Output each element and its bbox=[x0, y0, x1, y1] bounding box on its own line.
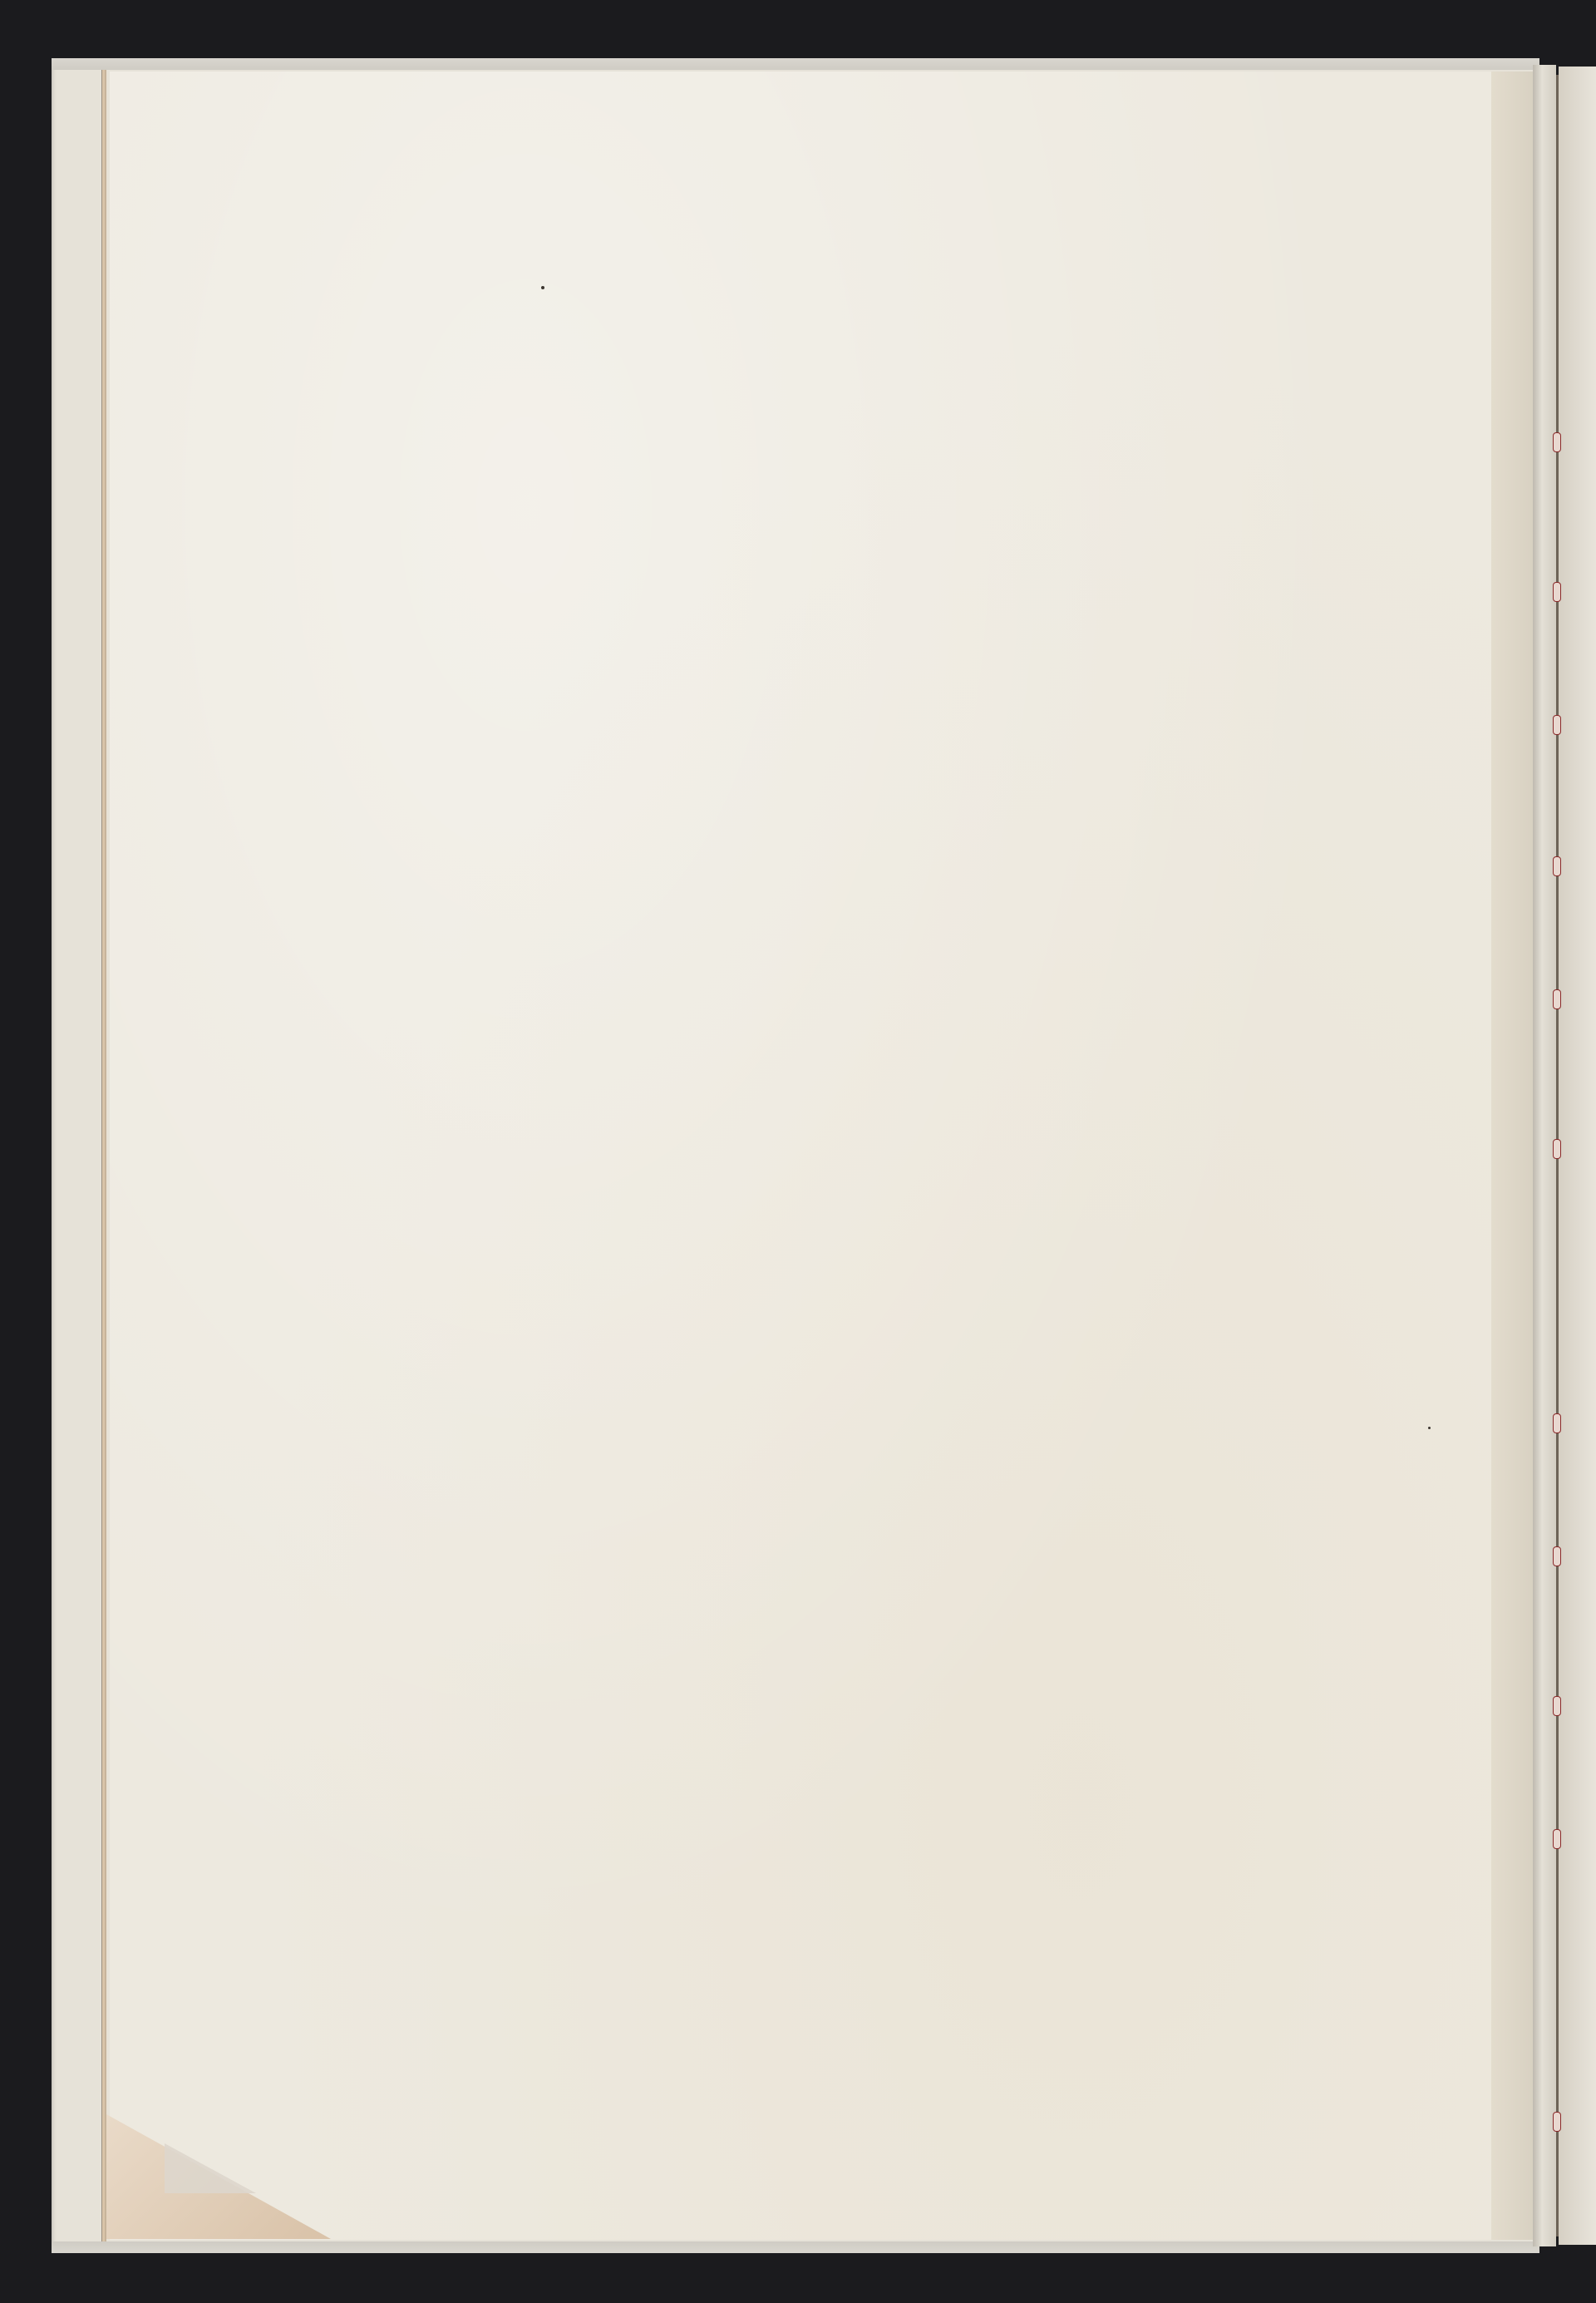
binding-stitch bbox=[1553, 1546, 1561, 1566]
blank-page bbox=[110, 72, 1496, 2240]
cover-bottom-edge bbox=[52, 2241, 1539, 2253]
binding-stitch bbox=[1553, 1413, 1561, 1433]
binding-stitch bbox=[1553, 582, 1561, 602]
binding-stitch bbox=[1553, 1829, 1561, 1849]
binding-stitch bbox=[1553, 1696, 1561, 1716]
binding-stitch bbox=[1553, 2112, 1561, 2132]
facing-page-edge bbox=[1559, 67, 1596, 2245]
paper-speck bbox=[541, 286, 544, 289]
cover-top-edge bbox=[52, 58, 1539, 70]
paper-speck bbox=[1428, 1427, 1431, 1429]
page-gutter bbox=[1491, 72, 1533, 2240]
binding-stitch bbox=[1553, 1139, 1561, 1159]
page-edge-stack bbox=[101, 70, 108, 2241]
binding-stitch bbox=[1553, 856, 1561, 876]
binding-stitch bbox=[1553, 715, 1561, 735]
binding-stitch bbox=[1553, 432, 1561, 452]
binding-stitch bbox=[1553, 989, 1561, 1009]
